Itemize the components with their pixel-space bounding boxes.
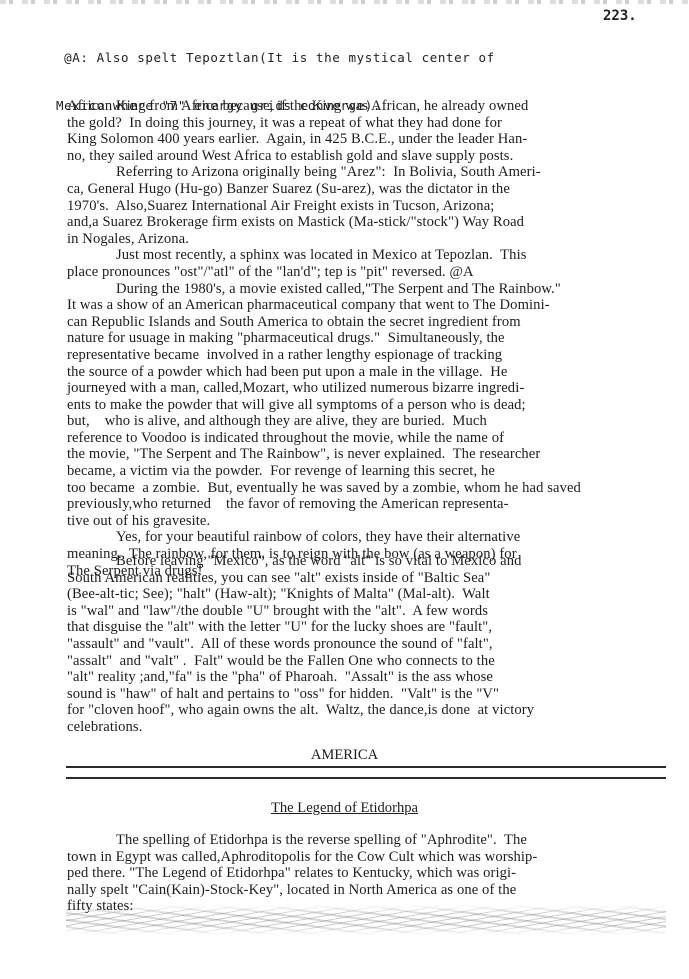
- text-line: for "cloven hoof", who again owns the al…: [67, 702, 667, 719]
- text-line: sound is "haw" of halt and pertains to "…: [67, 686, 667, 703]
- text-line: nally spelt "Cain(Kain)-Stock-Key", loca…: [67, 882, 667, 899]
- text-line: place pronounces "ost"/"atl" of the "lan…: [67, 264, 667, 281]
- text-line: Before leaving "Mexico", as the word "al…: [67, 553, 667, 570]
- text-line: ped there. "The Legend of Etidorhpa" rel…: [67, 865, 667, 882]
- scan-smudge-bottom: [66, 905, 666, 935]
- text-line: African King from Africa because, if the…: [67, 98, 667, 115]
- text-line: ca, General Hugo (Hu-go) Banzer Suarez (…: [67, 181, 667, 198]
- text-line: but, who is alive, and although they are…: [67, 413, 667, 430]
- text-line: that disguise the "alt" with the letter …: [67, 619, 667, 636]
- text-line: no, they sailed around West Africa to es…: [67, 148, 667, 165]
- text-line: town in Egypt was called,Aphroditopolis …: [67, 849, 667, 866]
- text-line: Referring to Arizona originally being "A…: [67, 164, 667, 181]
- text-line: Just most recently, a sphinx was located…: [67, 247, 667, 264]
- text-line: in Nogales, Arizona.: [67, 231, 667, 248]
- text-line: The spelling of Etidorhpa is the reverse…: [67, 832, 667, 849]
- section-heading-legend: The Legend of Etidorhpa: [0, 800, 689, 817]
- page-number: 223.: [603, 8, 637, 24]
- text-line: 1970's. Also,Suarez International Air Fr…: [67, 198, 667, 215]
- text-line: the movie, "The Serpent and The Rainbow"…: [67, 446, 667, 463]
- text-line: During the 1980's, a movie existed calle…: [67, 281, 667, 298]
- text-line: the gold? In doing this journey, it was …: [67, 115, 667, 132]
- text-line: journeyed with a man, called,Mozart, who…: [67, 380, 667, 397]
- text-line: South American realities, you can see "a…: [67, 570, 667, 587]
- paragraph-block-etidorhpa: The spelling of Etidorhpa is the reverse…: [67, 832, 667, 915]
- paragraph-block-alt-words: Before leaving "Mexico", as the word "al…: [67, 553, 667, 736]
- text-line: Yes, for your beautiful rainbow of color…: [67, 529, 667, 546]
- text-line: nature for usuage in making "pharmaceuti…: [67, 330, 667, 347]
- text-line: reference to Voodoo is indicated through…: [67, 430, 667, 447]
- text-line: It was a show of an American pharmaceuti…: [67, 297, 667, 314]
- footnote-line: @A: Also spelt Tepoztlan(It is the mysti…: [56, 50, 495, 66]
- text-line: (Bee-alt-tic; See); "halt" (Haw-alt); "K…: [67, 586, 667, 603]
- scan-artifact-top: [0, 0, 689, 4]
- text-line: can Republic Islands and South America t…: [67, 314, 667, 331]
- text-line: previously,who returned the favor of rem…: [67, 496, 667, 513]
- text-line: ents to make the powder that will give a…: [67, 397, 667, 414]
- text-line: "assalt" and "valt" . Falt" would be the…: [67, 653, 667, 670]
- text-line: King Solomon 400 years earlier. Again, i…: [67, 131, 667, 148]
- paragraph-block-africa-arizona-serpent: African King from Africa because, if the…: [67, 98, 667, 579]
- heading-rule-top: [66, 766, 666, 768]
- section-heading-america: AMERICA: [0, 747, 689, 764]
- text-line: became, a victim via the powder. For rev…: [67, 463, 667, 480]
- text-line: celebrations.: [67, 719, 667, 736]
- text-line: and,a Suarez Brokerage firm exists on Ma…: [67, 214, 667, 231]
- text-line: too became a zombie. But, eventually he …: [67, 480, 667, 497]
- text-line: "assault" and "vault". All of these word…: [67, 636, 667, 653]
- text-line: "alt" reality ;and,"fa" is the "pha" of …: [67, 669, 667, 686]
- text-line: is "wal" and "law"/the double "U" brough…: [67, 603, 667, 620]
- text-line: the source of a powder which had been pu…: [67, 364, 667, 381]
- text-line: representative became involved in a rath…: [67, 347, 667, 364]
- heading-rule-bottom: [66, 777, 666, 779]
- text-line: tive out of his gravesite.: [67, 513, 667, 530]
